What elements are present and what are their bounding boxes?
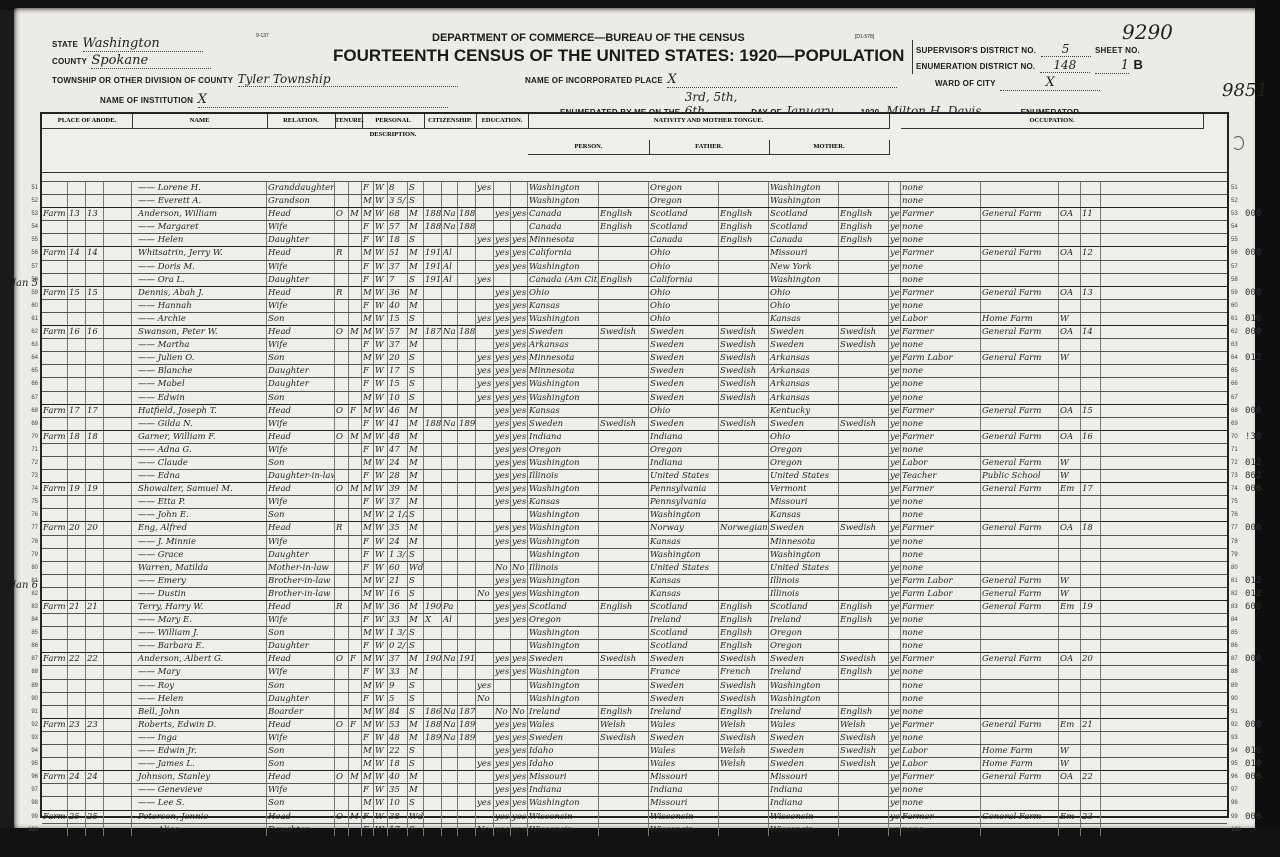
cell-trade: Labor [901,758,981,770]
line-number: 57 [24,261,38,273]
cell-tongue [599,431,649,443]
cell-birth: Ohio [528,287,599,299]
cell-dwelling: 24 [86,771,104,783]
cell-tongue [599,549,649,561]
cell-race: W [374,339,388,351]
cell-birth: Kansas [528,405,599,417]
cell-family [104,653,132,665]
cell-age: 48 [388,732,408,744]
cell-f-birth: Scotland [649,208,719,220]
cell-immig [424,234,442,246]
cell-read: yes [494,365,511,377]
cell-sex: F [362,300,374,312]
cell-class [1059,640,1081,652]
cell-class [1059,392,1081,404]
cell-m-birth: Washington [769,680,839,692]
cell-name: —— Edwin Jr. [132,745,267,757]
cell-class: OA [1059,405,1081,417]
cell-m-birth: Arkansas [769,378,839,390]
line-number-right: 69 [1231,418,1245,430]
line-number-right: 74 [1231,483,1245,495]
cell-name: Hatfield, Joseph T. [132,405,267,417]
cell-m-birth: New York [769,261,839,273]
cell-trade: none [901,496,981,508]
cell-name: —— Adna G. [132,444,267,456]
cell-nat [442,496,458,508]
line-number-right: 72 [1231,457,1245,469]
cell-age: 46 [388,405,408,417]
table-row: 80Warren, MatildaMother-in-lawFW60WdNoNo… [42,561,1227,574]
cell-industry: General Farm [981,457,1059,469]
cell-tongue [599,627,649,639]
table-row: 53Farm1313Anderson, WilliamHeadOMMW68M18… [42,207,1227,220]
cell-family [104,470,132,482]
cell-relation: Son [267,797,335,809]
cell-class [1059,300,1081,312]
cell-age: 24 [388,457,408,469]
cell-english: yes [889,470,901,482]
cell-street [42,352,68,364]
cell-nat [442,758,458,770]
cell-age: 15 [388,313,408,325]
cell-immig [424,378,442,390]
cell-owned [349,444,362,456]
cell-m-birth: Sweden [769,326,839,338]
cell-f-birth: Kansas [649,575,719,587]
occupation-code: 000 [1245,483,1280,495]
cell-m-tongue [839,797,889,809]
cell-house [68,693,86,705]
cell-write [511,549,528,561]
cell-m-tongue [839,562,889,574]
cell-nat [442,182,458,194]
cell-industry [981,496,1059,508]
line-number: 54 [24,221,38,233]
cell-home: O [335,719,349,731]
cell-name: —— Etta P. [132,496,267,508]
cell-english: yes [889,457,901,469]
cell-tongue [599,797,649,809]
cell-street [42,234,68,246]
cell-farm [1081,418,1101,430]
cell-farm [1081,234,1101,246]
cell-house [68,732,86,744]
cell-read: yes [494,208,511,220]
cell-dwelling [86,797,104,809]
cell-natyr [458,745,476,757]
cell-write: yes [511,444,528,456]
form-number: 9-137 [256,33,269,39]
cell-dwelling: 15 [86,287,104,299]
cell-owned [349,287,362,299]
cell-sex: M [362,313,374,325]
cell-owned [349,824,362,836]
line-number: 77 [24,522,38,534]
cell-marital: M [408,261,424,273]
group-tenure: TENURE. [335,114,363,129]
cell-m-birth: Wisconsin [769,824,839,836]
cell-relation: Daughter [267,274,335,286]
cell-nat [442,640,458,652]
cell-owned [349,182,362,194]
cell-f-tongue [719,195,769,207]
cell-house: 14 [68,247,86,259]
cell-birth: Scotland [528,601,599,613]
table-row: 77Farm2020Eng, AlfredHeadRMW35MyesyesWas… [42,521,1227,534]
cell-m-birth: Sweden [769,522,839,534]
cell-age: 0 2/12 [388,640,408,652]
group-personal: PERSONAL DESCRIPTION. [362,114,425,129]
cell-owned [349,339,362,351]
line-number: 78 [24,536,38,548]
cell-owned [349,195,362,207]
cell-nat [442,352,458,364]
cell-f-tongue [719,811,769,823]
cell-house [68,195,86,207]
cell-dwelling: 18 [86,431,104,443]
cell-english: yes [889,614,901,626]
cell-school [476,601,494,613]
cell-m-tongue [839,313,889,325]
cell-relation: Grandson [267,195,335,207]
cell-house [68,378,86,390]
cell-relation: Wife [267,339,335,351]
cell-marital: S [408,693,424,705]
cell-write [511,221,528,233]
table-row: 69—— Gilda N.WifeFW41M1883Na1895yesyesSw… [42,417,1227,430]
cell-m-birth: Missouri [769,247,839,259]
cell-dwelling [86,300,104,312]
cell-tongue: Swedish [599,732,649,744]
cell-birth: Washington [528,693,599,705]
table-row: 98—— Lee S.SonMW10SyesyesyesWashingtonMi… [42,796,1227,809]
cell-english [889,680,901,692]
line-number-right: 81 [1231,575,1245,587]
cell-street [42,693,68,705]
cell-marital: M [408,601,424,613]
cell-house [68,274,86,286]
line-number-right: 87 [1231,653,1245,665]
cell-house: 17 [68,405,86,417]
census-table: PLACE OF ABODE. NAME RELATION. TENURE. P… [40,112,1229,818]
cell-farm [1081,261,1101,273]
cell-owned [349,575,362,587]
cell-marital: S [408,392,424,404]
cell-nat: Na [442,418,458,430]
cell-birth: Washington [528,666,599,678]
cell-home [335,666,349,678]
cell-f-birth: Sweden [649,326,719,338]
cell-read: yes [494,431,511,443]
cell-f-tongue: Swedish [719,732,769,744]
cell-relation: Head [267,326,335,338]
cell-owned: F [349,405,362,417]
cell-farm [1081,614,1101,626]
table-row: 73—— EdnaDaughter-in-lawFW28MyesyesIllin… [42,469,1227,482]
cell-street [42,549,68,561]
cell-race: W [374,247,388,259]
cell-immig [424,287,442,299]
cell-read: yes [494,405,511,417]
cell-farm [1081,732,1101,744]
cell-name: Anderson, Albert G. [132,653,267,665]
cell-read: yes [494,601,511,613]
cell-english: yes [889,536,901,548]
cell-school: yes [476,797,494,809]
cell-name: —— Grace [132,549,267,561]
cell-english: yes [889,365,901,377]
cell-owned: M [349,208,362,220]
cell-immig [424,496,442,508]
cell-m-birth: Indiana [769,797,839,809]
cell-m-birth: Washington [769,182,839,194]
cell-f-birth: Sweden [649,365,719,377]
cell-house [68,706,86,718]
cell-dwelling [86,693,104,705]
cell-f-birth: United States [649,470,719,482]
table-row: 74Farm1919Showalter, Samuel M.HeadOMMW39… [42,482,1227,495]
cell-name: —— Barbara E. [132,640,267,652]
cell-write: yes [511,261,528,273]
cell-trade: Farmer [901,405,981,417]
cell-nat: Na [442,732,458,744]
cell-relation: Wife [267,732,335,744]
cell-m-birth: Illinois [769,575,839,587]
cell-m-tongue [839,378,889,390]
cell-relation: Son [267,758,335,770]
cell-farm [1081,392,1101,404]
cell-f-birth: Wisconsin [649,824,719,836]
cell-industry [981,693,1059,705]
cell-tongue [599,811,649,823]
cell-f-tongue [719,824,769,836]
cell-race: W [374,405,388,417]
cell-natyr: 1885 [458,208,476,220]
cell-marital: M [408,247,424,259]
line-number: 63 [24,339,38,351]
cell-birth: Sweden [528,418,599,430]
cell-english: yes [889,221,901,233]
cell-marital: M [408,719,424,731]
cell-sex: F [362,221,374,233]
cell-home [335,588,349,600]
cell-street: Farm [42,771,68,783]
cell-dwelling [86,261,104,273]
cell-trade: none [901,706,981,718]
cell-f-tongue [719,797,769,809]
line-number: 86 [24,640,38,652]
cell-home [335,339,349,351]
line-number: 90 [24,693,38,705]
cell-marital: S [408,195,424,207]
cell-school [476,614,494,626]
cell-industry: General Farm [981,771,1059,783]
occupation-code: !30 [1245,431,1280,443]
cell-f-tongue [719,405,769,417]
cell-name: —— Dustin [132,588,267,600]
cell-tongue [599,784,649,796]
cell-street [42,378,68,390]
cell-english: yes [889,352,901,364]
cell-nat [442,365,458,377]
cell-dwelling [86,575,104,587]
cell-street [42,588,68,600]
cell-m-birth: Arkansas [769,352,839,364]
cell-birth: Washington [528,575,599,587]
cell-f-tongue: English [719,706,769,718]
cell-english: yes [889,483,901,495]
cell-read: yes [494,483,511,495]
cell-trade: Farmer [901,483,981,495]
cell-f-birth: Ohio [649,313,719,325]
cell-trade: Farmer [901,719,981,731]
cell-trade: Labor [901,313,981,325]
cell-f-birth: Sweden [649,339,719,351]
cell-english: yes [889,562,901,574]
cell-house [68,680,86,692]
cell-street: Farm [42,326,68,338]
cell-home [335,182,349,194]
cell-dwelling: 16 [86,326,104,338]
cell-farm: 22 [1081,771,1101,783]
cell-dwelling [86,365,104,377]
cell-natyr [458,666,476,678]
cell-class: Em [1059,811,1081,823]
cell-f-tongue [719,300,769,312]
cell-m-tongue [839,575,889,587]
cell-f-birth: Ohio [649,247,719,259]
line-number-right: 68 [1231,405,1245,417]
cell-write: yes [511,758,528,770]
cell-f-tongue [719,549,769,561]
line-number-right: 64 [1231,352,1245,364]
cell-natyr [458,601,476,613]
occupation-code: 600 [1245,601,1280,613]
cell-school [476,549,494,561]
cell-owned [349,680,362,692]
cell-m-tongue [839,470,889,482]
cell-m-tongue [839,680,889,692]
cell-natyr [458,509,476,521]
cell-age: 41 [388,418,408,430]
cell-farm [1081,680,1101,692]
cell-age: 7 [388,274,408,286]
cell-nat: Pa [442,601,458,613]
cell-read: yes [494,719,511,731]
cell-race: W [374,614,388,626]
cell-marital: M [408,457,424,469]
cell-immig [424,483,442,495]
cell-nat [442,287,458,299]
cell-read: yes [494,392,511,404]
cell-race: W [374,601,388,613]
cell-name: —— James L. [132,758,267,770]
cell-sex: F [362,261,374,273]
cell-birth: Wisconsin [528,824,599,836]
cell-home [335,745,349,757]
cell-family [104,418,132,430]
cell-school [476,640,494,652]
cell-natyr [458,483,476,495]
cell-birth: Oregon [528,614,599,626]
cell-family [104,287,132,299]
cell-trade: Farmer [901,326,981,338]
cell-family [104,784,132,796]
cell-class [1059,365,1081,377]
cell-race: W [374,457,388,469]
cell-owned [349,588,362,600]
cell-m-tongue [839,431,889,443]
cell-street [42,509,68,521]
cell-tongue [599,182,649,194]
cell-m-birth: Ireland [769,706,839,718]
census-title: FOURTEENTH CENSUS OF THE UNITED STATES: … [333,46,904,66]
cell-street [42,392,68,404]
cell-age: 40 [388,300,408,312]
cell-sex: M [362,287,374,299]
cell-read: yes [494,470,511,482]
cell-school [476,509,494,521]
cell-owned [349,457,362,469]
cell-house: 25 [68,811,86,823]
table-row: 99Farm2525Peterson, JennieHeadOMFW38Wdye… [42,810,1227,823]
cell-f-birth: Scotland [649,221,719,233]
county-field: COUNTY Spokane [52,51,211,69]
cell-relation: Wife [267,536,335,548]
cell-family [104,392,132,404]
cell-birth: Washington [528,627,599,639]
cell-natyr: 1895 [458,418,476,430]
cell-tongue [599,680,649,692]
cell-family [104,457,132,469]
cell-farm: 23 [1081,811,1101,823]
line-number-right: 99 [1231,811,1245,823]
cell-birth: Sweden [528,732,599,744]
cell-marital: S [408,640,424,652]
cell-natyr [458,522,476,534]
cell-school [476,444,494,456]
cell-dwelling: 21 [86,601,104,613]
cell-relation: Head [267,405,335,417]
cell-m-tongue [839,392,889,404]
cell-english [889,274,901,286]
cell-name: —— Lee S. [132,797,267,809]
cell-house [68,614,86,626]
cell-f-tongue [719,496,769,508]
cell-school [476,431,494,443]
cell-nat [442,195,458,207]
line-number: 91 [24,706,38,718]
table-row: 63—— MarthaWifeFW37MyesyesArkansasSweden… [42,338,1227,351]
cell-immig [424,457,442,469]
cell-immig [424,575,442,587]
cell-birth: Wales [528,719,599,731]
cell-home: O [335,483,349,495]
cell-name: Roberts, Edwin D. [132,719,267,731]
cell-school [476,771,494,783]
cell-marital: S [408,745,424,757]
group-father: FATHER. [649,140,770,155]
cell-relation: Head [267,247,335,259]
cell-f-tongue: Welsh [719,719,769,731]
cell-marital: M [408,431,424,443]
cell-write: yes [511,457,528,469]
cell-marital: S [408,274,424,286]
cell-industry: Home Farm [981,758,1059,770]
cell-class: OA [1059,287,1081,299]
cell-class [1059,221,1081,233]
cell-age: 57 [388,221,408,233]
